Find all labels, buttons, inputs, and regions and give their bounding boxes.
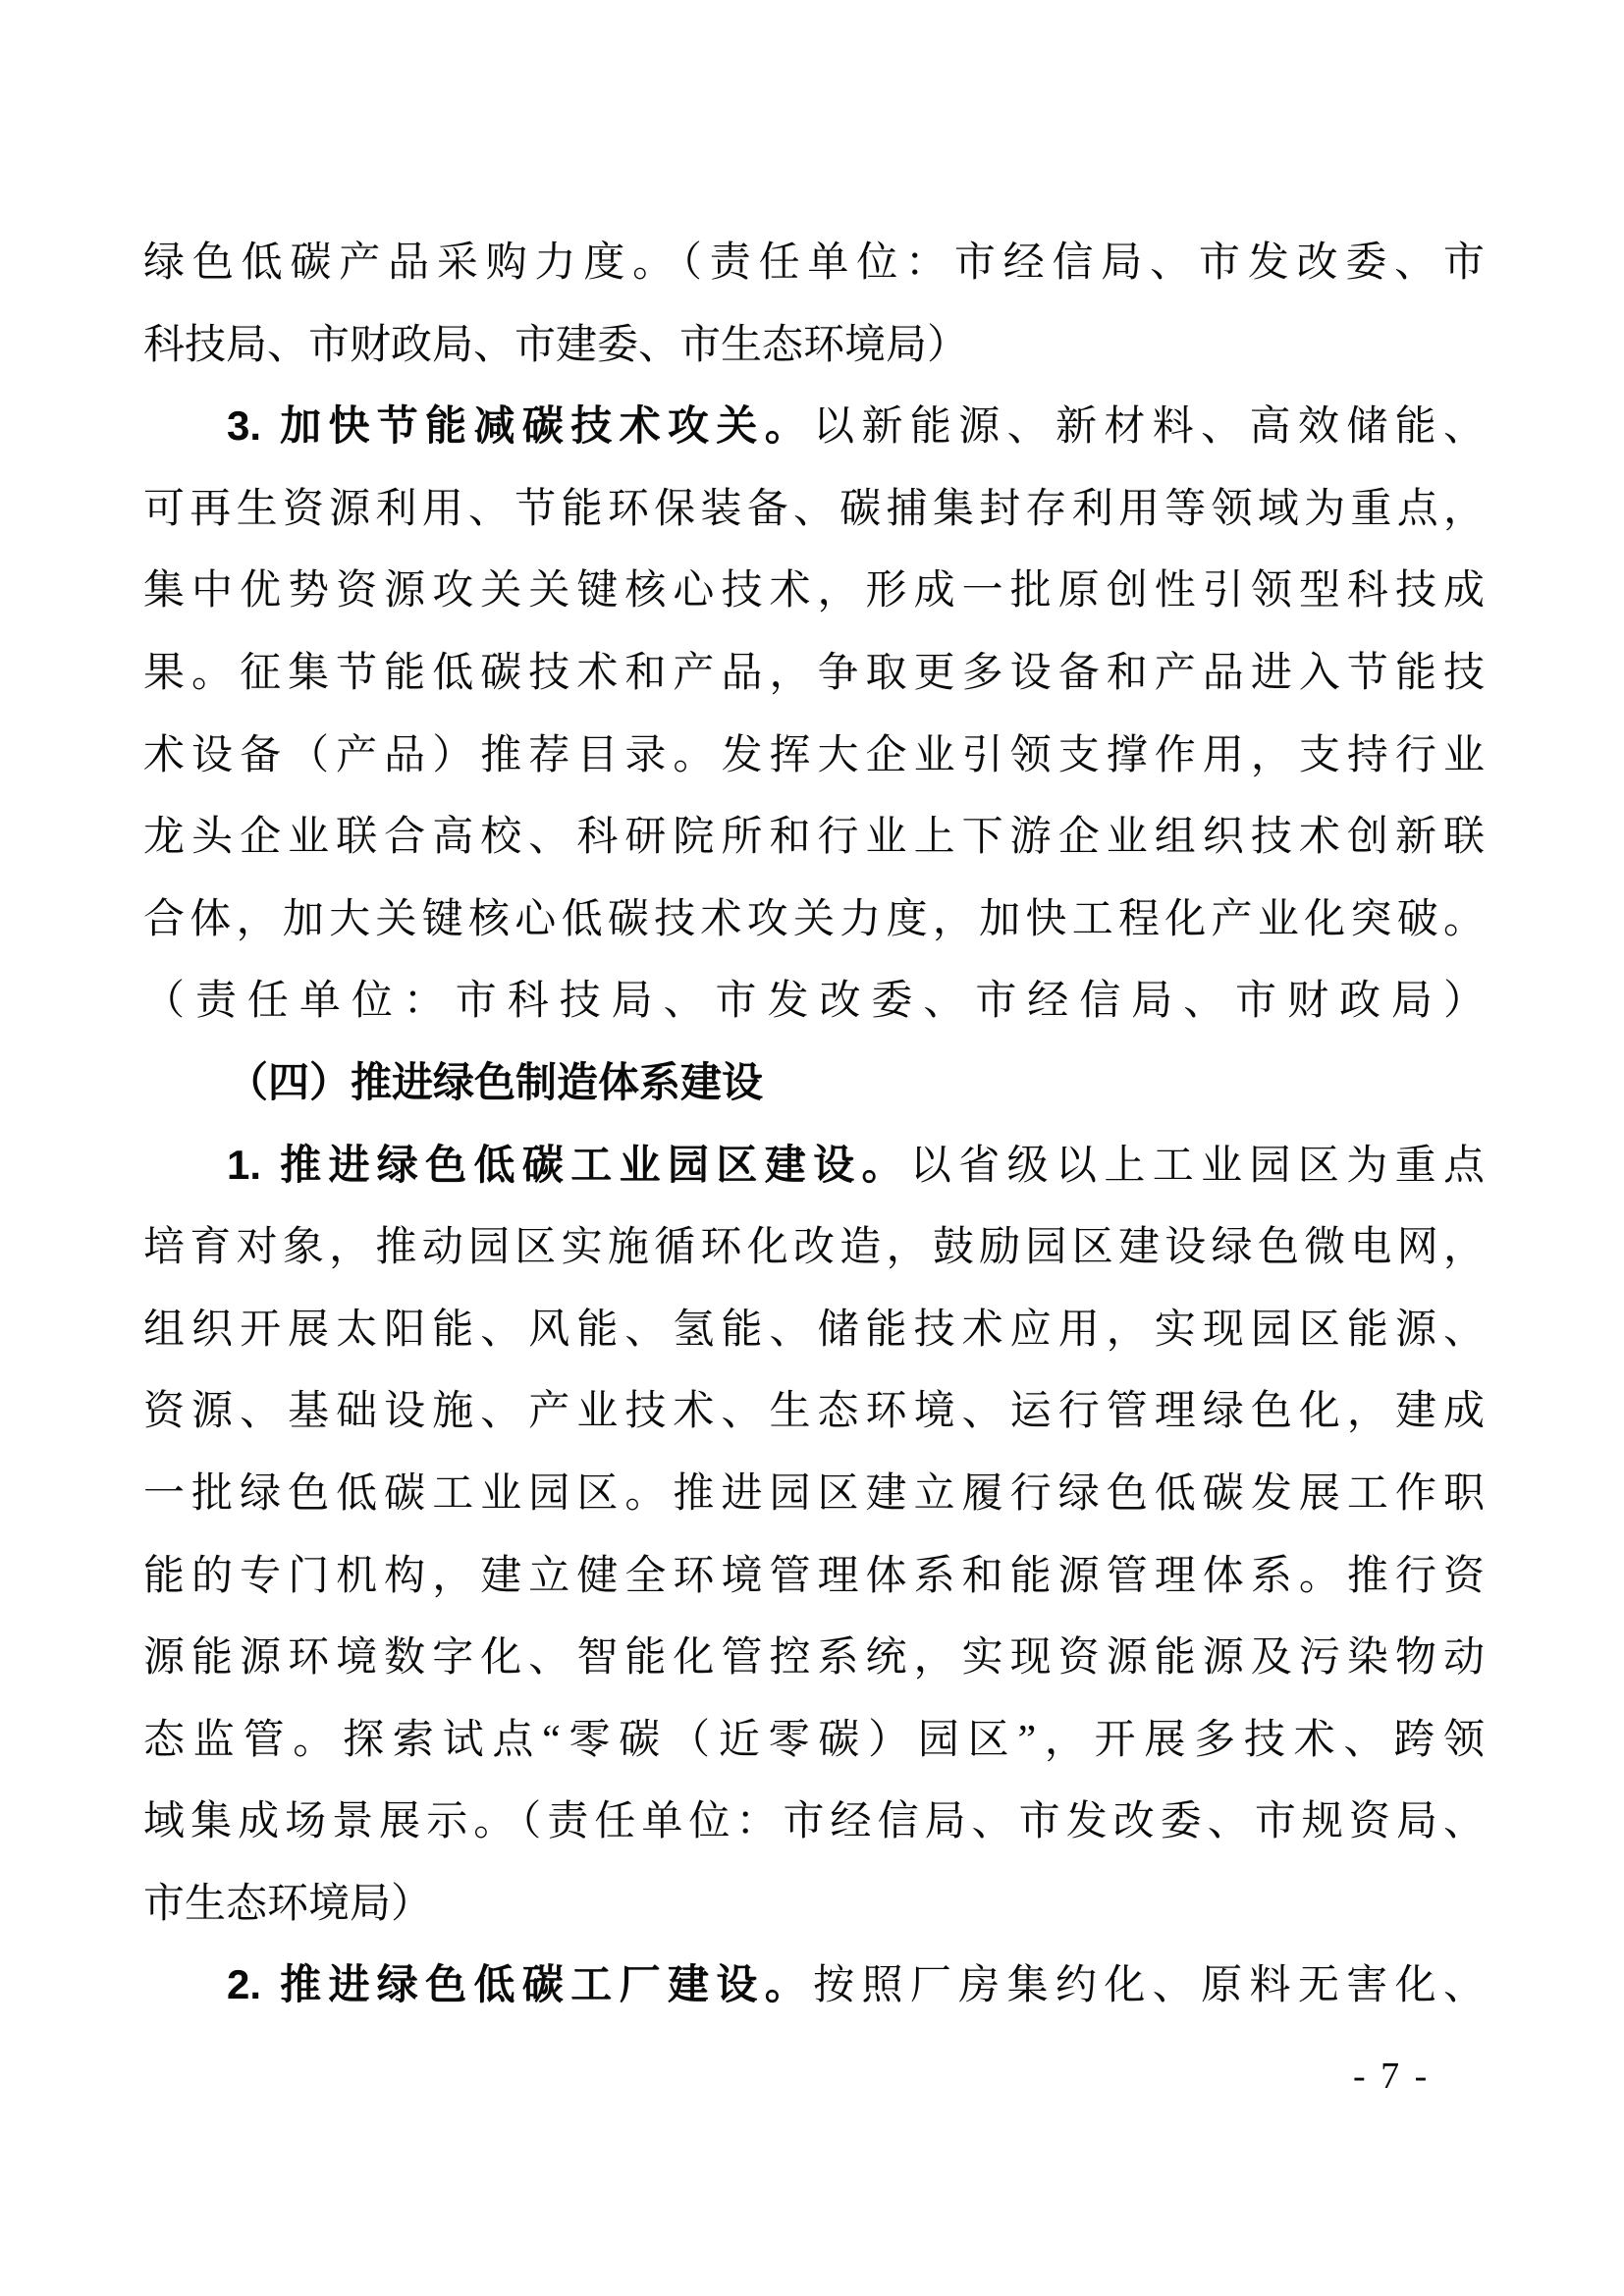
line-text-run: 一批绿色低碳工业园区。推进园区建立履行绿色低碳发展工作职 — [143, 1471, 1485, 1517]
doc-line: 果。征集节能低碳技术和产品，争取更多设备和产品进入节能技 — [143, 631, 1485, 714]
line-text-run: 龙头企业联合高校、科研院所和行业上下游企业组织技术创新联 — [143, 815, 1485, 860]
line-text-run: 域集成场景展示。（责任单位：市经信局、市发改委、市规资局、 — [143, 1799, 1485, 1844]
line-text-run: 市生态环境局） — [143, 1882, 432, 1927]
line-text-run: 组织开展太阳能、风能、氢能、储能技术应用，实现园区能源、 — [143, 1308, 1485, 1353]
line-text-run: 以新能源、新材料、高效储能、 — [813, 404, 1485, 450]
line-text-run: （四）推进绿色制造体系建设 — [227, 1061, 763, 1106]
line-text-run: 绿色低碳产品采购力度。（责任单位：市经信局、市发改委、市 — [143, 240, 1485, 286]
line-text-run: 术设备（产品）推荐目录。发挥大企业引领支撑作用，支持行业 — [143, 733, 1485, 778]
doc-line: 培育对象，推动园区实施循环化改造，鼓励园区建设绿色微电网， — [143, 1205, 1485, 1288]
line-bold-run: 3. 加快节能减碳技术攻关。 — [227, 402, 813, 449]
doc-line: 可再生资源利用、节能环保装备、碳捕集封存利用等领域为重点， — [143, 467, 1485, 550]
doc-line: 域集成场景展示。（责任单位：市经信局、市发改委、市规资局、 — [143, 1780, 1485, 1862]
doc-line: 合体，加大关键核心低碳技术攻关力度，加快工程化产业化突破。 — [143, 878, 1485, 960]
doc-line: 源能源环境数字化、智能化管控系统，实现资源能源及污染物动 — [143, 1616, 1485, 1698]
line-text-run: 科技局、市财政局、市建委、市生态环境局） — [143, 323, 968, 368]
document-text-block: 绿色低碳产品采购力度。（责任单位：市经信局、市发改委、市 科技局、市财政局、市建… — [143, 221, 1485, 2026]
line-bold-run: 1. 推进绿色低碳工业园区建设。 — [227, 1142, 910, 1188]
doc-line-numbered-heading-1: 1. 推进绿色低碳工业园区建设。以省级以上工业园区为重点 — [143, 1124, 1485, 1206]
doc-line-numbered-heading-3: 3. 加快节能减碳技术攻关。以新能源、新材料、高效储能、 — [143, 385, 1485, 467]
doc-line: 能的专门机构，建立健全环境管理体系和能源管理体系。推行资 — [143, 1534, 1485, 1617]
doc-line: 一批绿色低碳工业园区。推进园区建立履行绿色低碳发展工作职 — [143, 1452, 1485, 1534]
doc-line: 集中优势资源攻关关键核心技术，形成一批原创性引领型科技成 — [143, 549, 1485, 631]
doc-line: 龙头企业联合高校、科研院所和行业上下游企业组织技术创新联 — [143, 795, 1485, 878]
line-text-run: 果。征集节能低碳技术和产品，争取更多设备和产品进入节能技 — [143, 651, 1485, 696]
line-text-run: 源能源环境数字化、智能化管控系统，实现资源能源及污染物动 — [143, 1635, 1485, 1681]
doc-line: 资源、基础设施、产业技术、生态环境、运行管理绿色化，建成 — [143, 1369, 1485, 1452]
line-text-run: 可再生资源利用、节能环保装备、碳捕集封存利用等领域为重点， — [143, 487, 1485, 532]
line-text-run: 能的专门机构，建立健全环境管理体系和能源管理体系。推行资 — [143, 1554, 1485, 1599]
line-bold-run: 2. 推进绿色低碳工厂建设。 — [227, 1961, 813, 2007]
doc-line: 态监管。探索试点“零碳（近零碳）园区”，开展多技术、跨领 — [143, 1698, 1485, 1781]
document-page: { "page": { "background_color": "#ffffff… — [0, 0, 1624, 2296]
line-text-run: 以省级以上工业园区为重点 — [910, 1144, 1485, 1189]
doc-line: 术设备（产品）推荐目录。发挥大企业引领支撑作用，支持行业 — [143, 714, 1485, 796]
doc-line-responsible-units: （责任单位：市科技局、市发改委、市经信局、市财政局） — [143, 959, 1485, 1041]
doc-section-heading-4: （四）推进绿色制造体系建设 — [143, 1041, 1485, 1124]
doc-line-numbered-heading-2: 2. 推进绿色低碳工厂建设。按照厂房集约化、原料无害化、 — [143, 1944, 1485, 2026]
doc-line: 市生态环境局） — [143, 1862, 1485, 1945]
line-text-run: 培育对象，推动园区实施循环化改造，鼓励园区建设绿色微电网， — [143, 1225, 1485, 1270]
doc-line: 绿色低碳产品采购力度。（责任单位：市经信局、市发改委、市 — [143, 221, 1485, 303]
doc-line: 科技局、市财政局、市建委、市生态环境局） — [143, 303, 1485, 386]
line-text-run: 集中优势资源攻关关键核心技术，形成一批原创性引领型科技成 — [143, 568, 1485, 614]
page-number: - 7 - — [1353, 2056, 1430, 2097]
line-text-run: （责任单位：市科技局、市发改委、市经信局、市财政局） — [143, 979, 1485, 1024]
line-text-run: 合体，加大关键核心低碳技术攻关力度，加快工程化产业化突破。 — [143, 897, 1485, 942]
line-text-run: 资源、基础设施、产业技术、生态环境、运行管理绿色化，建成 — [143, 1389, 1485, 1434]
line-text-run: 态监管。探索试点“零碳（近零碳）园区”，开展多技术、跨领 — [143, 1718, 1485, 1763]
line-text-run: 按照厂房集约化、原料无害化、 — [813, 1963, 1485, 2008]
doc-line: 组织开展太阳能、风能、氢能、储能技术应用，实现园区能源、 — [143, 1288, 1485, 1370]
